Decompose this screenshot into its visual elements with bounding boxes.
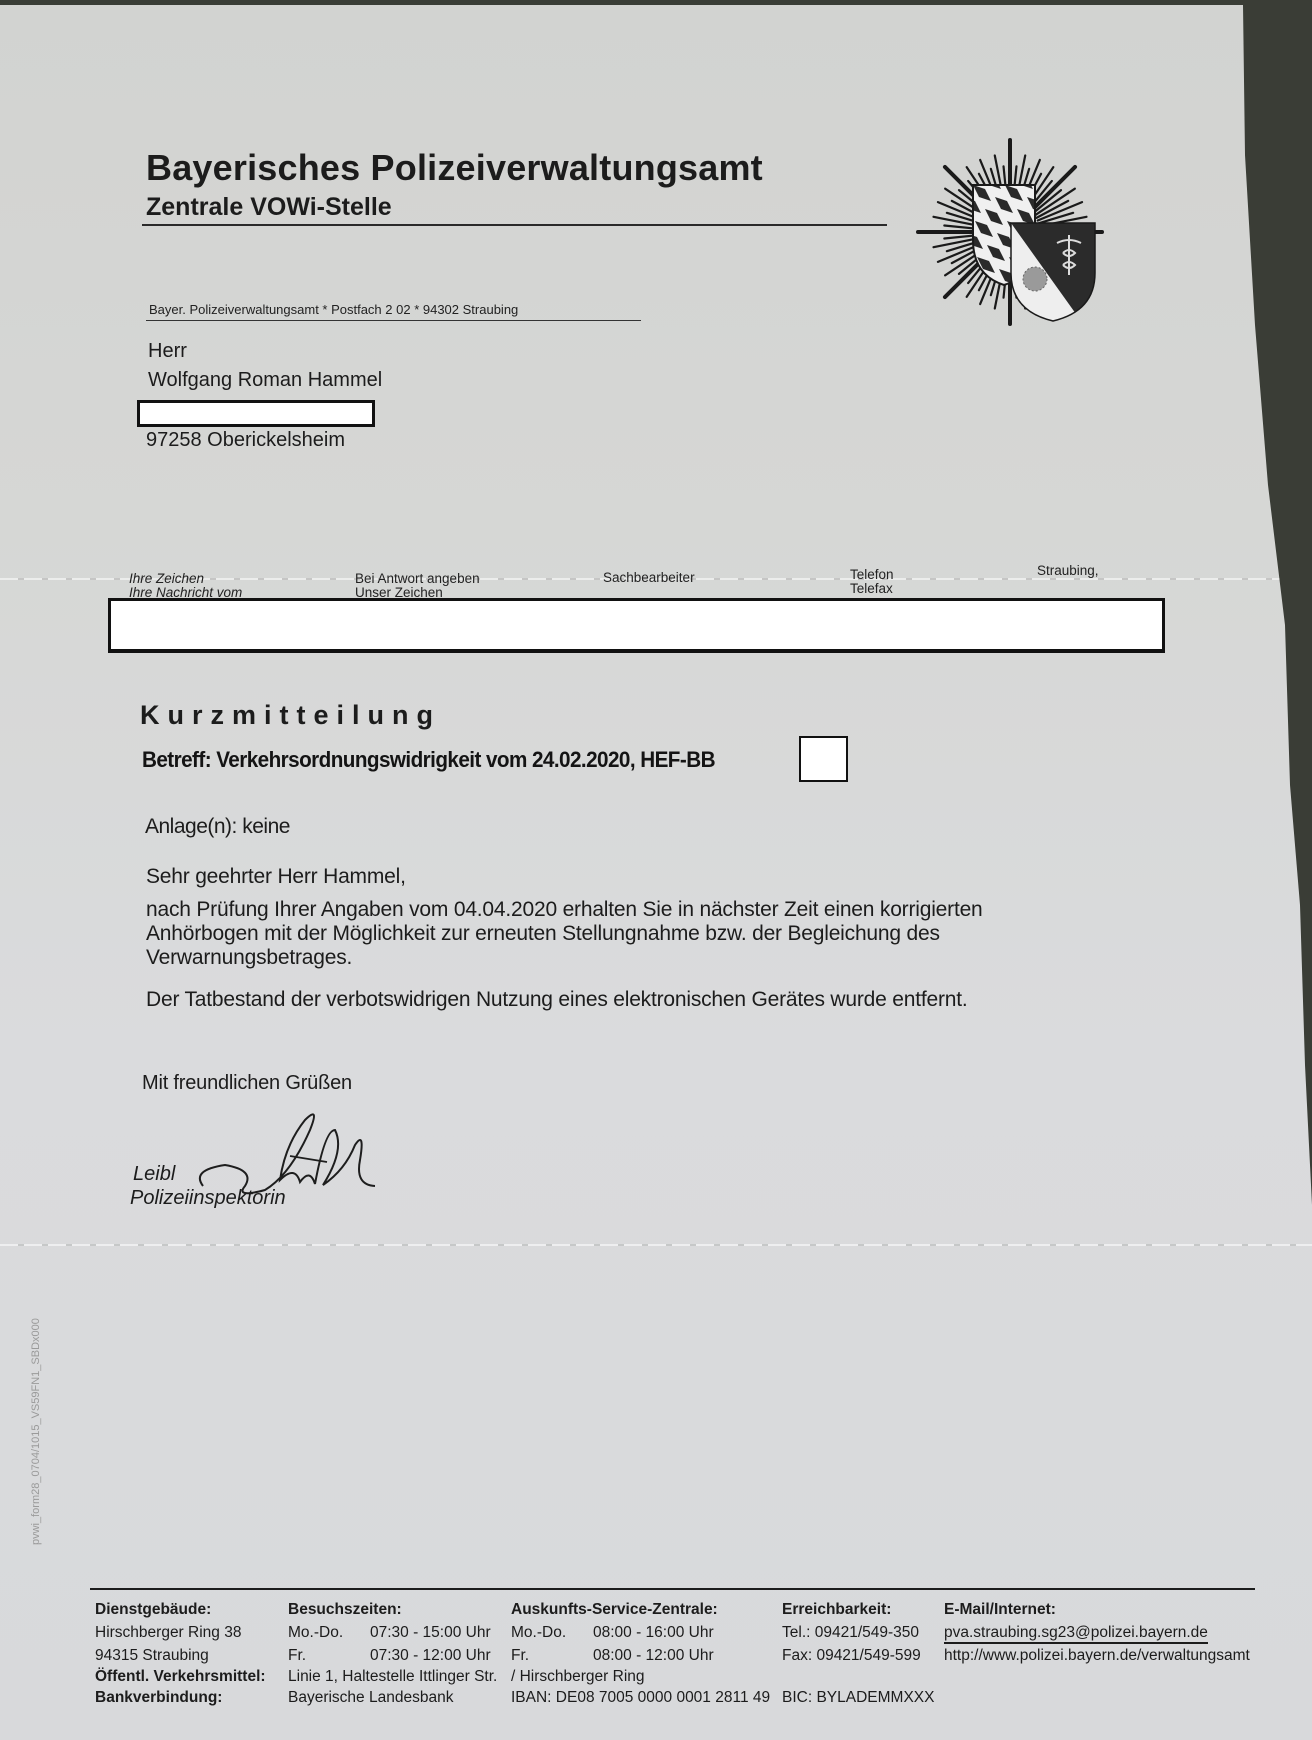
greeting: Sehr geehrter Herr Hammel, [146,865,406,889]
label-reply-note: Bei Antwort angeben [355,571,480,586]
footer-transit-label: Öffentl. Verkehrsmittel: [95,1668,266,1685]
footer-bank-label: Bankverbindung: [95,1689,222,1706]
redacted-reference-values [108,598,1165,653]
organization-title: Bayerisches Polizeiverwaltungsamt [146,147,763,189]
footer-service-time-1: 08:00 - 16:00 Uhr [593,1624,714,1642]
signature [195,1090,395,1200]
label-clerk: Sachbearbeiter [603,570,695,585]
attachments-line: Anlage(n): keine [145,815,290,839]
letter-paper: Bayerisches Polizeiverwaltungsamt Zentra… [0,5,1312,1740]
department-title: Zentrale VOWi-Stelle [146,193,392,222]
subject-line: Betreff: Verkehrsordnungswidrigkeit vom … [142,747,715,773]
label-phone: Telefon [850,567,894,582]
footer-divider [90,1588,1255,1590]
body-line-2: Anhörbogen mit der Möglichkeit zur erneu… [146,922,940,946]
footer-bank-bic: BIC: BYLADEMMXXX [782,1689,934,1707]
footer-email-link[interactable]: pva.straubing.sg23@polizei.bayern.de [944,1624,1208,1644]
footer-service-days-1: Mo.-Do. [511,1624,566,1642]
bavarian-police-star-crest-icon [915,137,1105,327]
fold-line [0,1244,1312,1246]
footer-transit-line-a: Linie 1, Haltestelle Ittlinger Str. [288,1668,497,1686]
footer-tel: Tel.: 09421/549-350 [782,1624,919,1642]
footer-service-label: Auskunfts-Service-Zentrale: [511,1601,718,1618]
recipient-city: 97258 Oberickelsheim [146,429,345,452]
recipient-salutation: Herr [148,340,187,363]
footer-visiting-label: Besuchszeiten: [288,1601,402,1618]
signer-name: Leibl [133,1163,175,1186]
footer-building-street: Hirschberger Ring 38 [95,1624,241,1642]
footer-visiting-time-1: 07:30 - 15:00 Uhr [370,1624,491,1642]
footer-visiting-time-2: 07:30 - 12:00 Uhr [370,1647,491,1665]
footer-building-label: Dienstgebäude: [95,1601,211,1618]
recipient-name: Wolfgang Roman Hammel [148,369,382,392]
footer-bank-name: Bayerische Landesbank [288,1689,453,1707]
sender-divider [146,320,641,321]
footer-internet-label: E-Mail/Internet: [944,1601,1056,1618]
redacted-street [137,400,375,427]
footer-service-days-2: Fr. [511,1647,529,1665]
footer-service-time-2: 08:00 - 12:00 Uhr [593,1647,714,1665]
footer-visiting-days-2: Fr. [288,1647,306,1665]
footer-visiting-days-1: Mo.-Do. [288,1624,343,1642]
footer-transit-line-b: / Hirschberger Ring [511,1668,645,1686]
signer-title: Polizeiinspektorin [130,1187,286,1210]
footer-fax: Fax: 09421/549-599 [782,1647,921,1665]
label-place-date: Straubing, [1037,563,1099,578]
sender-return-address: Bayer. Polizeiverwaltungsamt * Postfach … [149,302,518,317]
label-fax: Telefax [850,581,893,596]
footer-website-link[interactable]: http://www.polizei.bayern.de/verwaltungs… [944,1647,1250,1665]
body-paragraph-2: Der Tatbestand der verbotswidrigen Nutzu… [146,988,968,1012]
document-type-heading: Kurzmitteilung [140,700,441,731]
redacted-plate-suffix [799,736,848,782]
footer-building-city: 94315 Straubing [95,1647,209,1665]
footer-bank-iban: IBAN: DE08 7005 0000 0001 2811 49 [511,1689,770,1707]
label-your-ref: Ihre Zeichen [129,571,204,586]
header-divider [142,224,887,226]
footer-reachability-label: Erreichbarkeit: [782,1601,891,1618]
body-line-1: nach Prüfung Ihrer Angaben vom 04.04.202… [146,898,983,922]
form-code: pvwi_form28_0704/1015_VS59FN1_SBDx000 [30,1318,42,1545]
body-line-3: Verwarnungsbetrages. [146,946,352,970]
